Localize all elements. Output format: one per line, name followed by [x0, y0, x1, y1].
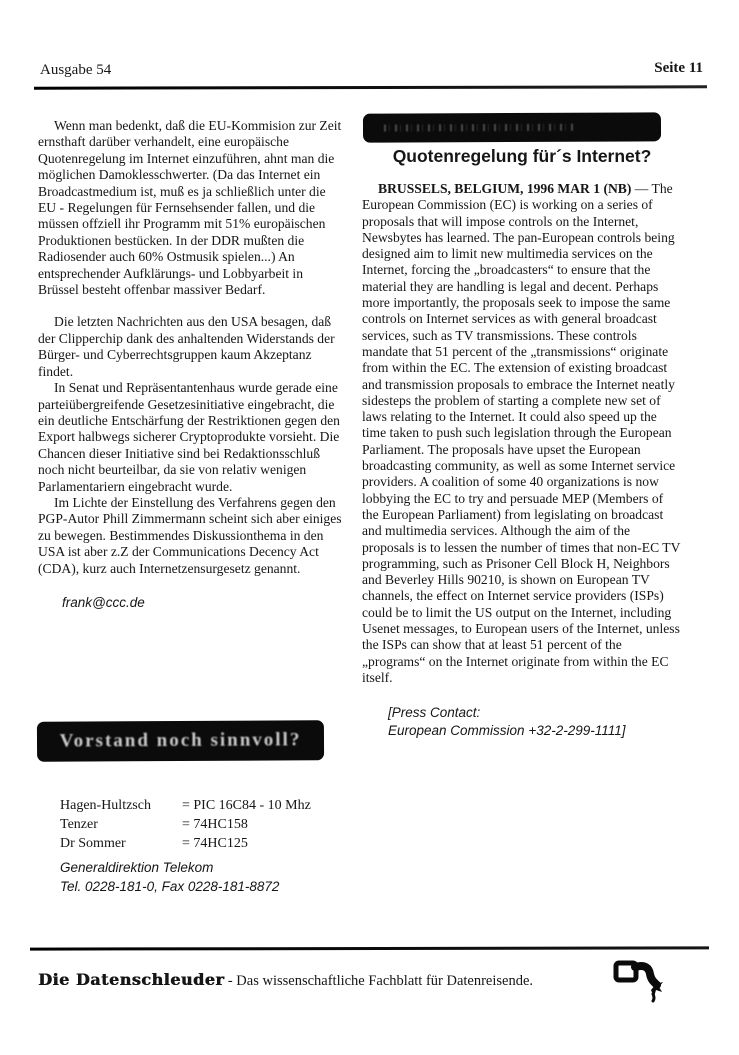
left-column: Wenn man bedenkt, daß die EU-Kommision z… [38, 118, 346, 611]
contact-line: Tel. 0228-181-0, Fax 0228-181-8872 [60, 877, 279, 896]
slingshot-hand-icon [612, 958, 666, 1008]
magazine-page: Ausgabe 54 Seite 11 Wenn man bedenkt, da… [0, 0, 739, 1055]
contact-line: Generaldirektion Telekom [60, 858, 279, 877]
table-row: Tenzer = 74HC158 [60, 815, 311, 834]
header-rule [34, 85, 707, 89]
person-name: Hagen-Hultzsch [60, 796, 182, 815]
paragraph: In Senat und Repräsentantenhaus wurde ge… [38, 380, 346, 495]
press-contact-line: [Press Contact: [388, 704, 682, 722]
magazine-brand: Die Datenschleuder [38, 970, 224, 989]
paragraph: Wenn man bedenkt, daß die EU-Kommision z… [38, 118, 346, 298]
person-name: Tenzer [60, 815, 182, 834]
article-title: Quotenregelung für´s Internet? [362, 146, 682, 167]
chip-mapping-table: Hagen-Hultzsch = PIC 16C84 - 10 Mhz Tenz… [60, 796, 311, 853]
telekom-contact: Generaldirektion Telekom Tel. 0228-181-0… [60, 858, 279, 896]
section-header-bar: Vorstand noch sinnvoll? [38, 721, 323, 760]
person-name: Dr Sommer [60, 834, 182, 853]
author-email: frank@ccc.de [62, 595, 346, 611]
page-number: Seite 11 [654, 60, 703, 77]
chip-value: = 74HC125 [182, 834, 311, 853]
footer-text: Die Datenschleuder - Das wissenschaftlic… [38, 970, 533, 990]
table-row: Hagen-Hultzsch = PIC 16C84 - 10 Mhz [60, 796, 311, 815]
footer-rule [30, 946, 709, 950]
magazine-tagline: - Das wissenschaftliche Fachblatt für Da… [224, 973, 533, 989]
chip-value: = 74HC158 [182, 815, 311, 834]
table-row: Dr Sommer = 74HC125 [60, 834, 311, 853]
issue-label: Ausgabe 54 [40, 62, 111, 79]
press-contact: [Press Contact: European Commission +32-… [388, 704, 682, 740]
article-text: — The European Commission (EC) is workin… [362, 181, 680, 685]
article-body: BRUSSELS, BELGIUM, 1996 MAR 1 (NB) — The… [362, 181, 682, 686]
press-contact-line: European Commission +32-2-299-1111] [388, 722, 682, 740]
section-header-text: Vorstand noch sinnvoll? [60, 729, 302, 752]
paragraph: Im Lichte der Einstellung des Verfahrens… [38, 495, 346, 577]
right-column: Quotenregelung für´s Internet? BRUSSELS,… [362, 112, 682, 740]
dateline: BRUSSELS, BELGIUM, 1996 MAR 1 (NB) [378, 181, 631, 196]
chip-value: = PIC 16C84 - 10 Mhz [182, 796, 311, 815]
paragraph: Die letzten Nachrichten aus den USA besa… [38, 314, 346, 380]
